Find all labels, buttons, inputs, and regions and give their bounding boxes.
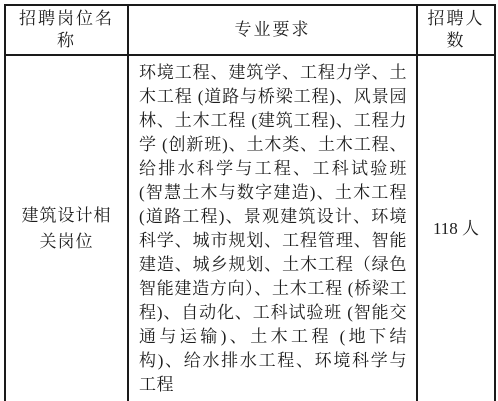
cell-major-requirements: 环境工程、建筑学、工程力学、土木工程 (道路与桥梁工程)、风景园林、土木工程 (…	[128, 55, 417, 401]
cell-position-name: 建筑设计相关岗位	[5, 55, 128, 401]
table-row: 建筑设计相关岗位 环境工程、建筑学、工程力学、土木工程 (道路与桥梁工程)、风景…	[5, 55, 495, 401]
header-recruit-count: 招聘人数	[417, 5, 495, 55]
table-header-row: 招聘岗位名称 专业要求 招聘人数	[5, 5, 495, 55]
cell-recruit-count: 118 人	[417, 55, 495, 401]
header-major-requirements: 专业要求	[128, 5, 417, 55]
header-position-name: 招聘岗位名称	[5, 5, 128, 55]
recruitment-table: 招聘岗位名称 专业要求 招聘人数 建筑设计相关岗位 环境工程、建筑学、工程力学、…	[4, 4, 496, 401]
